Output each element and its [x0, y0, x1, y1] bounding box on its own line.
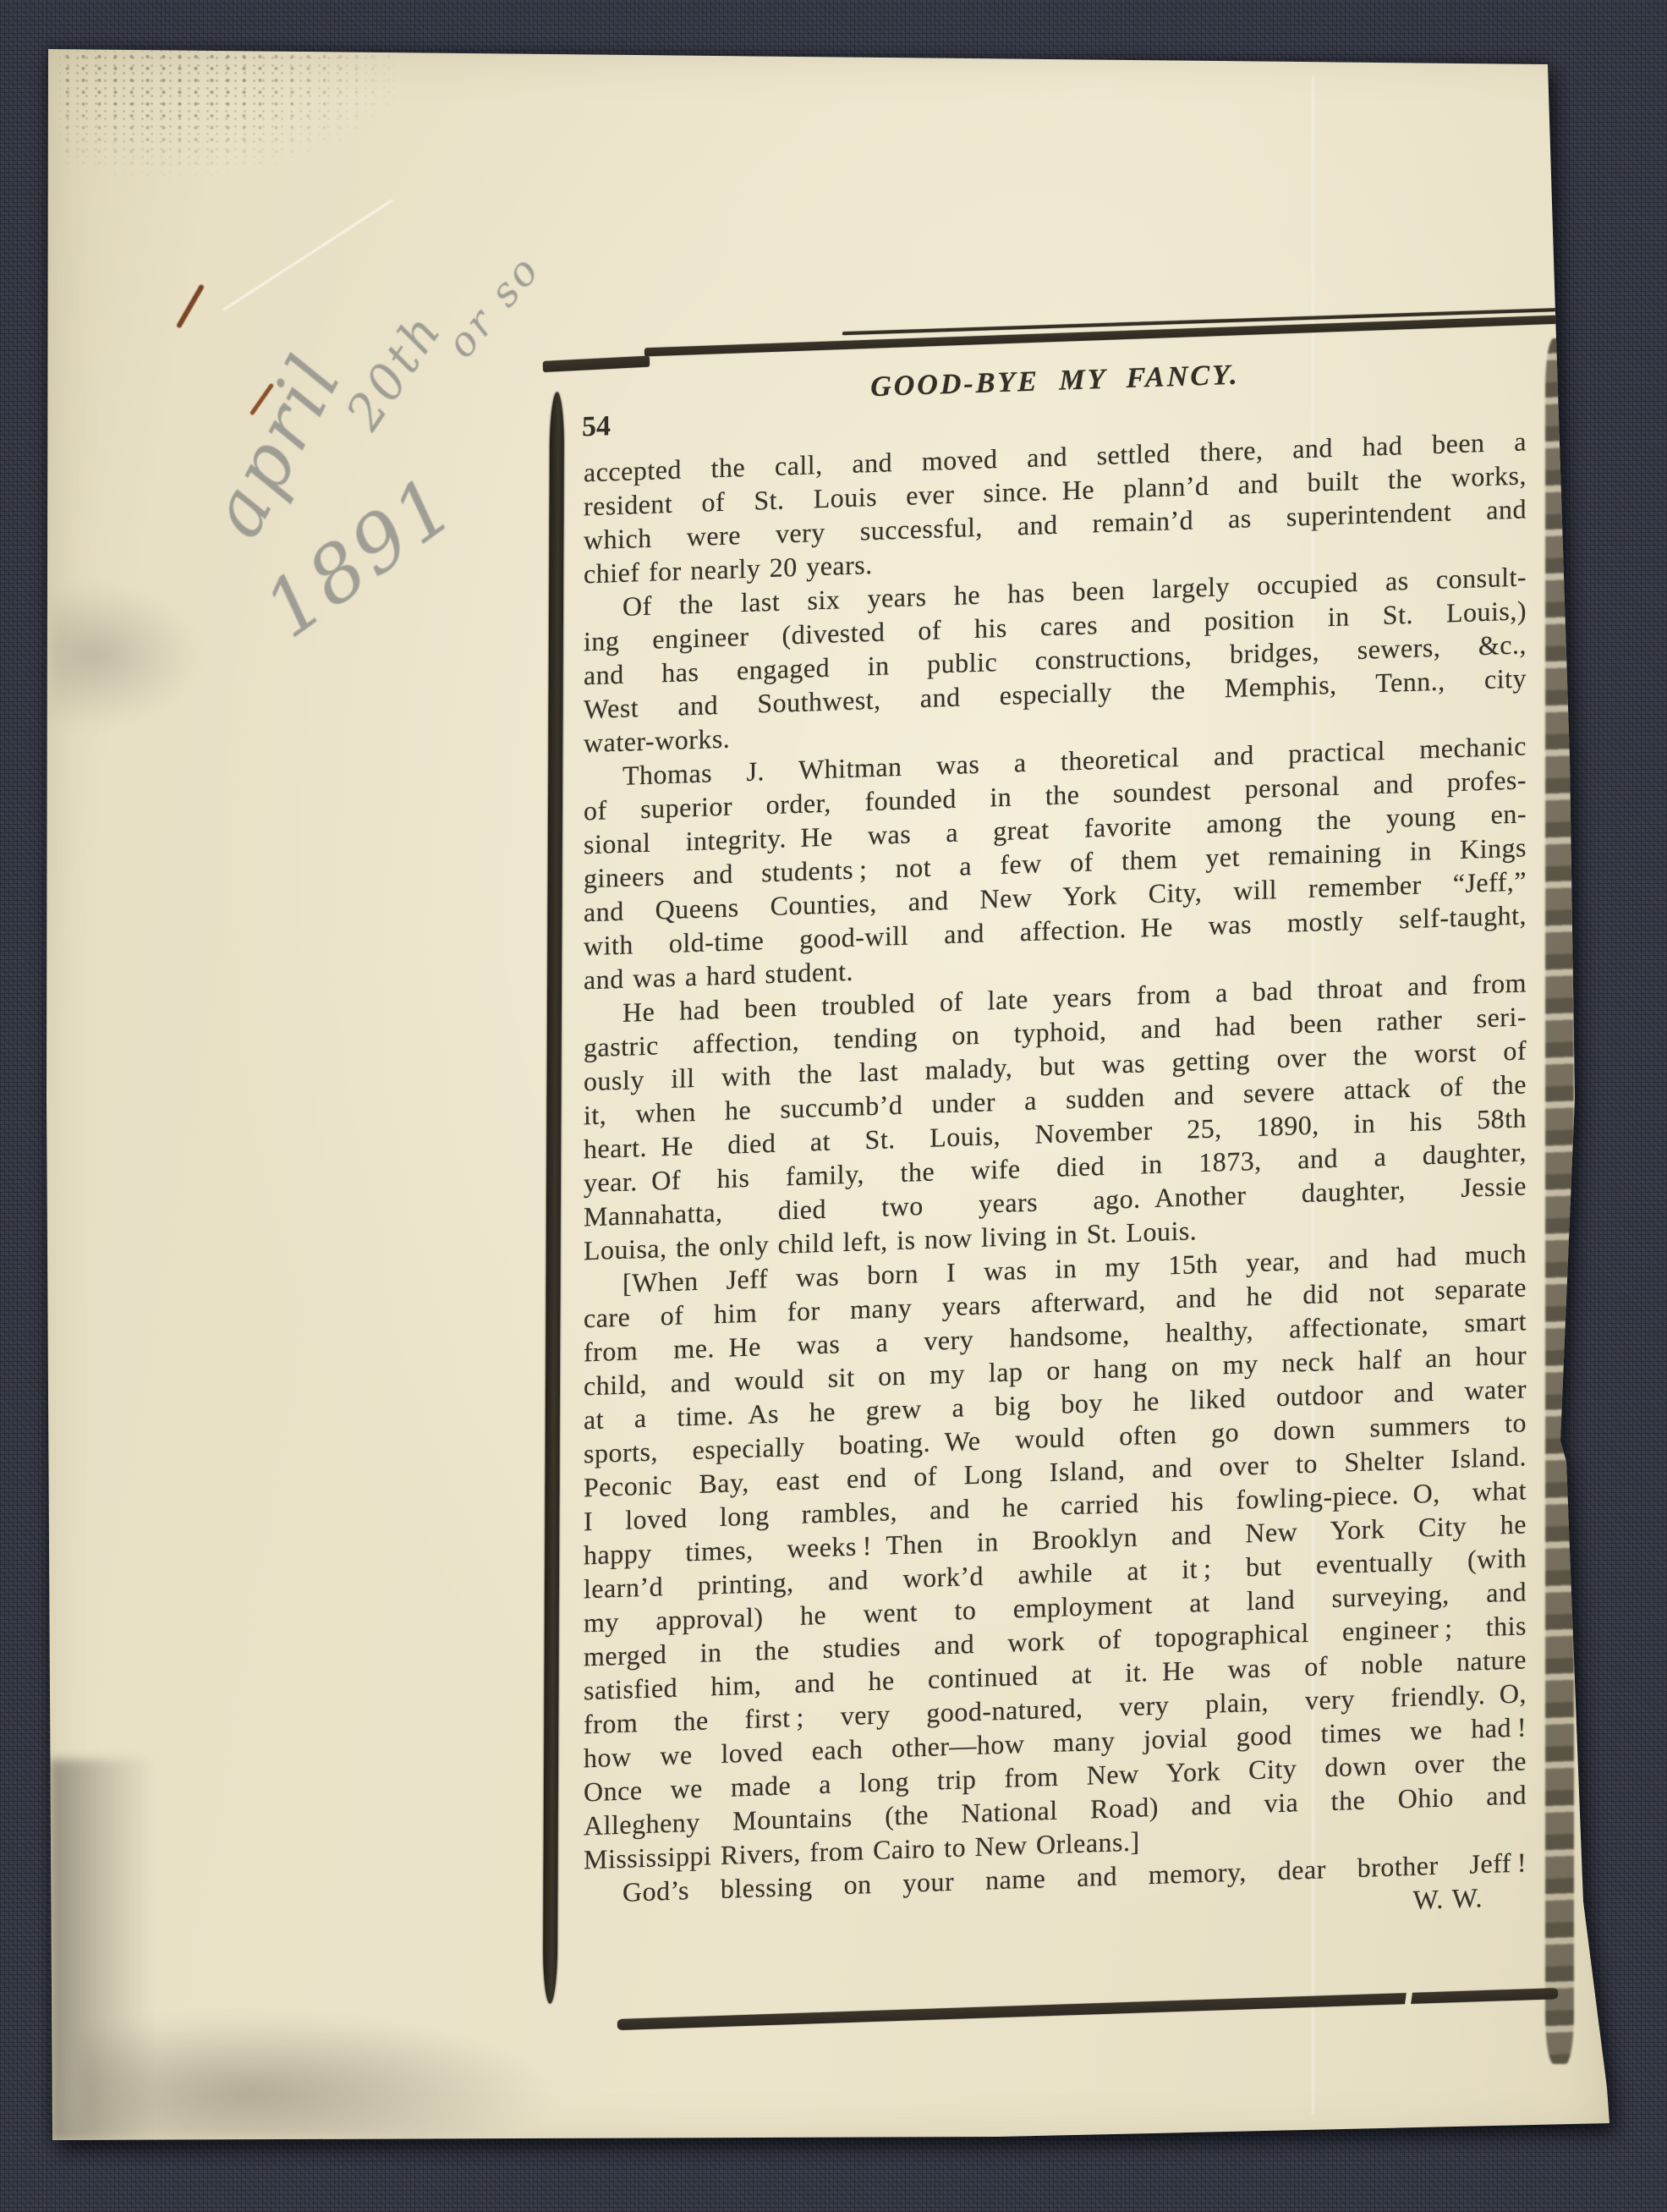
header-rule-dash — [543, 356, 650, 372]
paragraph: Thomas J. Whitman was a theoretical and … — [584, 728, 1527, 996]
edge-smudge-mid-left — [49, 584, 201, 727]
page-number: 54 — [582, 410, 611, 443]
running-head: GOOD-BYE MY FANCY. — [584, 349, 1527, 413]
left-column-rule — [543, 392, 564, 2004]
bottom-edge-smudge — [80, 2012, 571, 2138]
header-rule-main — [644, 316, 1560, 357]
paragraph: [When Jeff was born I was in my 15th yea… — [584, 1236, 1527, 1876]
printed-column: GOOD-BYE MY FANCY. 54 accepted the call,… — [541, 277, 1569, 2105]
corner-speckles — [59, 51, 398, 176]
paragraph: He had been troubled of late years from … — [584, 965, 1527, 1267]
rust-mark — [176, 283, 205, 328]
footer-rule — [617, 1988, 1558, 2030]
paper-shadow-wrap: GOOD-BYE MY FANCY. 54 accepted the call,… — [0, 0, 1667, 2212]
scan-background: GOOD-BYE MY FANCY. 54 accepted the call,… — [0, 0, 1667, 2212]
paper-crease — [222, 199, 392, 310]
paragraph: Of the last six years he has been largel… — [584, 559, 1527, 760]
body-text: accepted the call, and moved and settled… — [584, 424, 1527, 1944]
